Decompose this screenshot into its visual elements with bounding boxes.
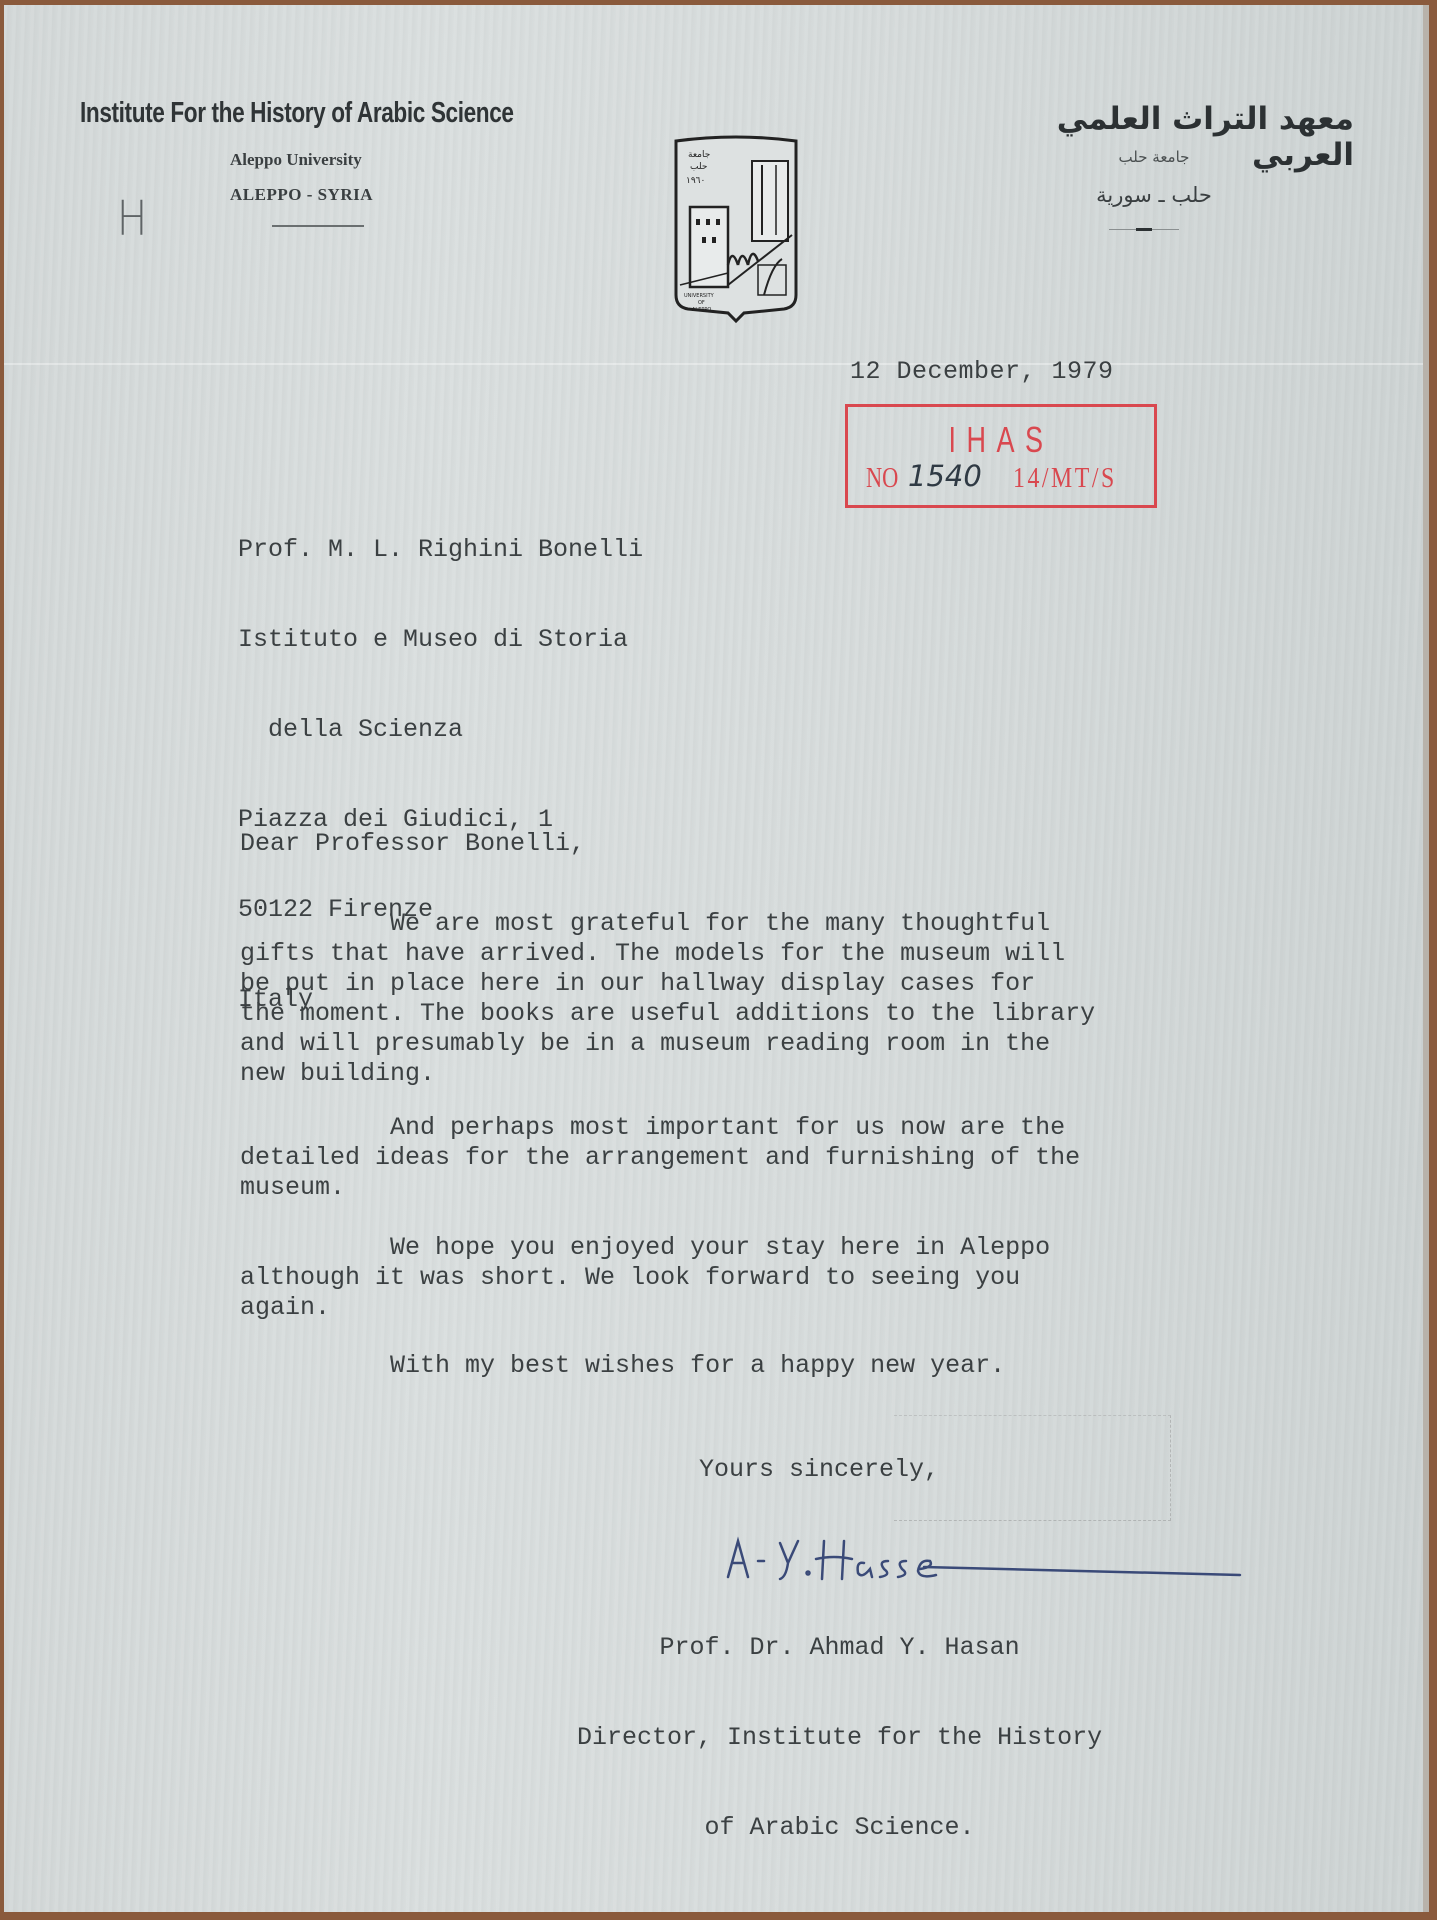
- stamp-no-label: NO: [866, 463, 898, 495]
- svg-text:OF: OF: [698, 300, 705, 306]
- letter-date: 12 December, 1979: [850, 357, 1114, 387]
- letterhead-institute-english: Institute For the History of Arabic Scie…: [80, 97, 514, 130]
- svg-text:جامعة: جامعة: [688, 150, 710, 160]
- body-paragraph: We are most grateful for the many though…: [240, 909, 1095, 1089]
- address-line: Prof. M. L. Righini Bonelli: [238, 535, 643, 565]
- letterhead-university-english: Aleppo University: [230, 150, 362, 170]
- signatory-title: Director, Institute for the History: [577, 1723, 1102, 1753]
- paper-edge: [1423, 5, 1429, 1912]
- closing: Yours sincerely,: [699, 1455, 939, 1485]
- salutation: Dear Professor Bonelli,: [240, 829, 585, 859]
- signatory-title: of Arabic Science.: [577, 1813, 1102, 1843]
- letterhead-university-arabic: جامعة حلب: [1084, 148, 1224, 166]
- svg-text:ALEPPO: ALEPPO: [692, 307, 711, 313]
- signatory-name: Prof. Dr. Ahmad Y. Hasan: [577, 1633, 1102, 1663]
- paper-fold-line: [4, 363, 1429, 365]
- registry-stamp: IHAS NO 1540 14/MT/S: [845, 404, 1157, 508]
- stamp-code: 14/MT/S: [1013, 463, 1117, 495]
- body-paragraph: We hope you enjoyed your stay here in Al…: [240, 1233, 1050, 1323]
- svg-text:UNIVERSITY: UNIVERSITY: [684, 293, 715, 299]
- signature-block: Prof. Dr. Ahmad Y. Hasan Director, Insti…: [577, 1573, 1102, 1903]
- letter-page: Institute For the History of Arabic Scie…: [4, 5, 1429, 1912]
- address-line: Istituto e Museo di Storia: [238, 625, 643, 655]
- letterhead-city-arabic: حلب ـ سورية: [1064, 183, 1244, 207]
- stamp-title: IHAS: [886, 419, 1116, 461]
- university-crest-icon: جامعة حلب ١٩٦٠ UNIVERSITY OF ALEPPO: [672, 135, 800, 323]
- handwritten-mark: H: [117, 191, 148, 247]
- address-line: della Scienza: [238, 715, 643, 745]
- body-paragraph: With my best wishes for a happy new year…: [240, 1351, 1005, 1381]
- svg-text:١٩٦٠: ١٩٦٠: [686, 176, 705, 186]
- letterhead-divider-arabic: [1109, 229, 1179, 230]
- letterhead-city-english: ALEPPO - SYRIA: [230, 185, 373, 205]
- svg-text:حلب: حلب: [690, 162, 707, 172]
- body-paragraph: And perhaps most important for us now ar…: [240, 1113, 1080, 1203]
- stamp-handwritten-number: 1540: [908, 459, 982, 493]
- letterhead-divider: [272, 225, 364, 227]
